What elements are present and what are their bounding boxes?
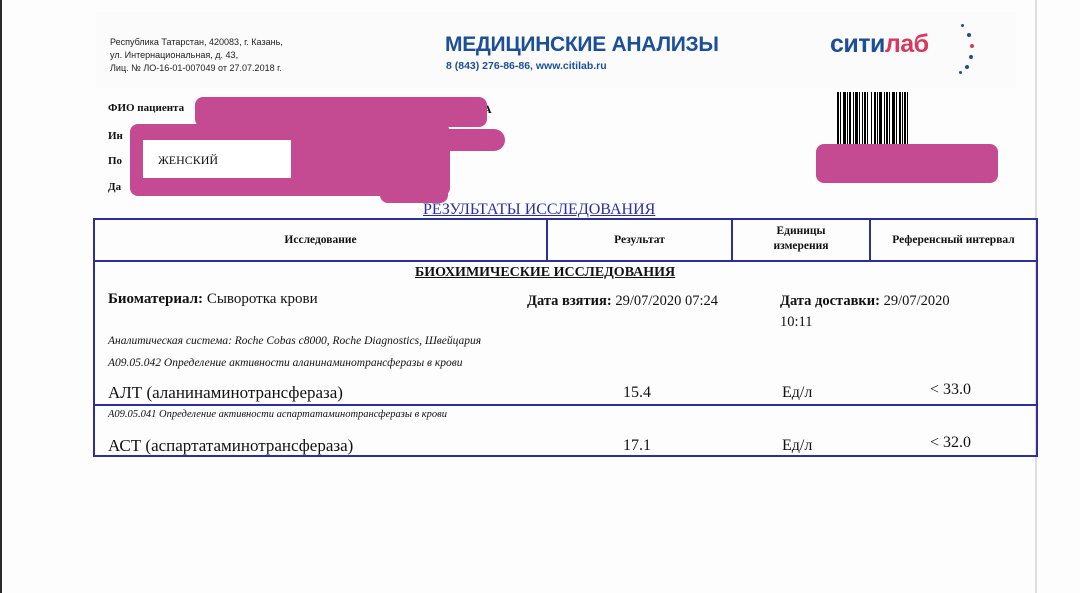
test-unit: Ед/л [782, 384, 812, 402]
test-name: АЛТ (аланинаминотрансфераза) [108, 383, 343, 403]
patient-name-label: ФИО пациента [108, 102, 184, 114]
logo-part-2: лаб [885, 30, 929, 58]
analytic-system: Аналитическая система: Roche Cobas c8000… [108, 335, 481, 347]
section-title: БИОХИМИЧЕСКИЕ ИССЛЕДОВАНИЯ [415, 265, 675, 281]
col-divider-2 [731, 218, 733, 262]
test-reference: < 32.0 [930, 434, 971, 452]
redaction-tail [380, 180, 448, 203]
column-header-reference: Референсный интервал [871, 233, 1036, 248]
date-delivered-time: 10:11 [780, 312, 813, 332]
window-left-edge [0, 0, 2, 593]
redaction-barcode-number [816, 144, 998, 183]
date-delivered-label: Дата доставки: [780, 293, 880, 309]
test-result: 15.4 [623, 384, 651, 402]
row-divider [93, 404, 1038, 406]
logo-part-1: сити [830, 30, 885, 58]
biomaterial-label: Биоматериал: [108, 291, 203, 307]
header-title: МЕДИЦИНСКИЕ АНАЛИЗЫ [445, 33, 719, 57]
redaction-id [285, 129, 505, 151]
test-code: A09.05.041 Определение активности аспарт… [108, 409, 447, 420]
patient-date-label: Да [108, 181, 121, 193]
results-title: РЕЗУЛЬТАТЫ ИССЛЕДОВАНИЯ [423, 201, 655, 219]
date-delivered-value: 29/07/2020 [884, 293, 950, 309]
citilab-logo: ситилаб [830, 30, 929, 59]
column-header-result: Результат [548, 233, 731, 248]
test-result: 17.1 [623, 437, 651, 455]
lab-address: Республика Татарстан, 420083, г. Казань,… [110, 36, 283, 75]
biomaterial: Биоматериал: Сыворотка крови [108, 291, 318, 308]
barcode [837, 92, 974, 150]
date-taken: Дата взятия: 29/07/2020 07:24 [527, 291, 718, 311]
header-contacts: 8 (843) 276-86-86, www.citilab.ru [446, 60, 607, 72]
date-taken-label: Дата взятия: [527, 293, 612, 309]
column-header-test: Исследование [95, 233, 546, 248]
column-header-units: Единицы измерения [760, 224, 842, 254]
date-taken-value: 29/07/2020 07:24 [615, 293, 718, 309]
test-unit: Ед/л [782, 437, 812, 455]
test-reference: < 33.0 [930, 381, 971, 399]
logo-dots-icon [955, 24, 975, 74]
table-header-divider [93, 260, 1038, 262]
test-name: АСТ (аспартатаминотрансфераза) [108, 436, 353, 456]
redaction-name [195, 97, 487, 127]
patient-gender-label: По [108, 155, 122, 167]
test-code: A09.05.042 Определение активности аланин… [108, 357, 463, 369]
patient-gender-value: ЖЕНСКИЙ [158, 153, 218, 168]
date-delivered: Дата доставки: 29/07/2020 [780, 291, 950, 311]
biomaterial-value: Сыворотка крови [207, 291, 318, 307]
patient-id-label: Ин [108, 130, 123, 142]
